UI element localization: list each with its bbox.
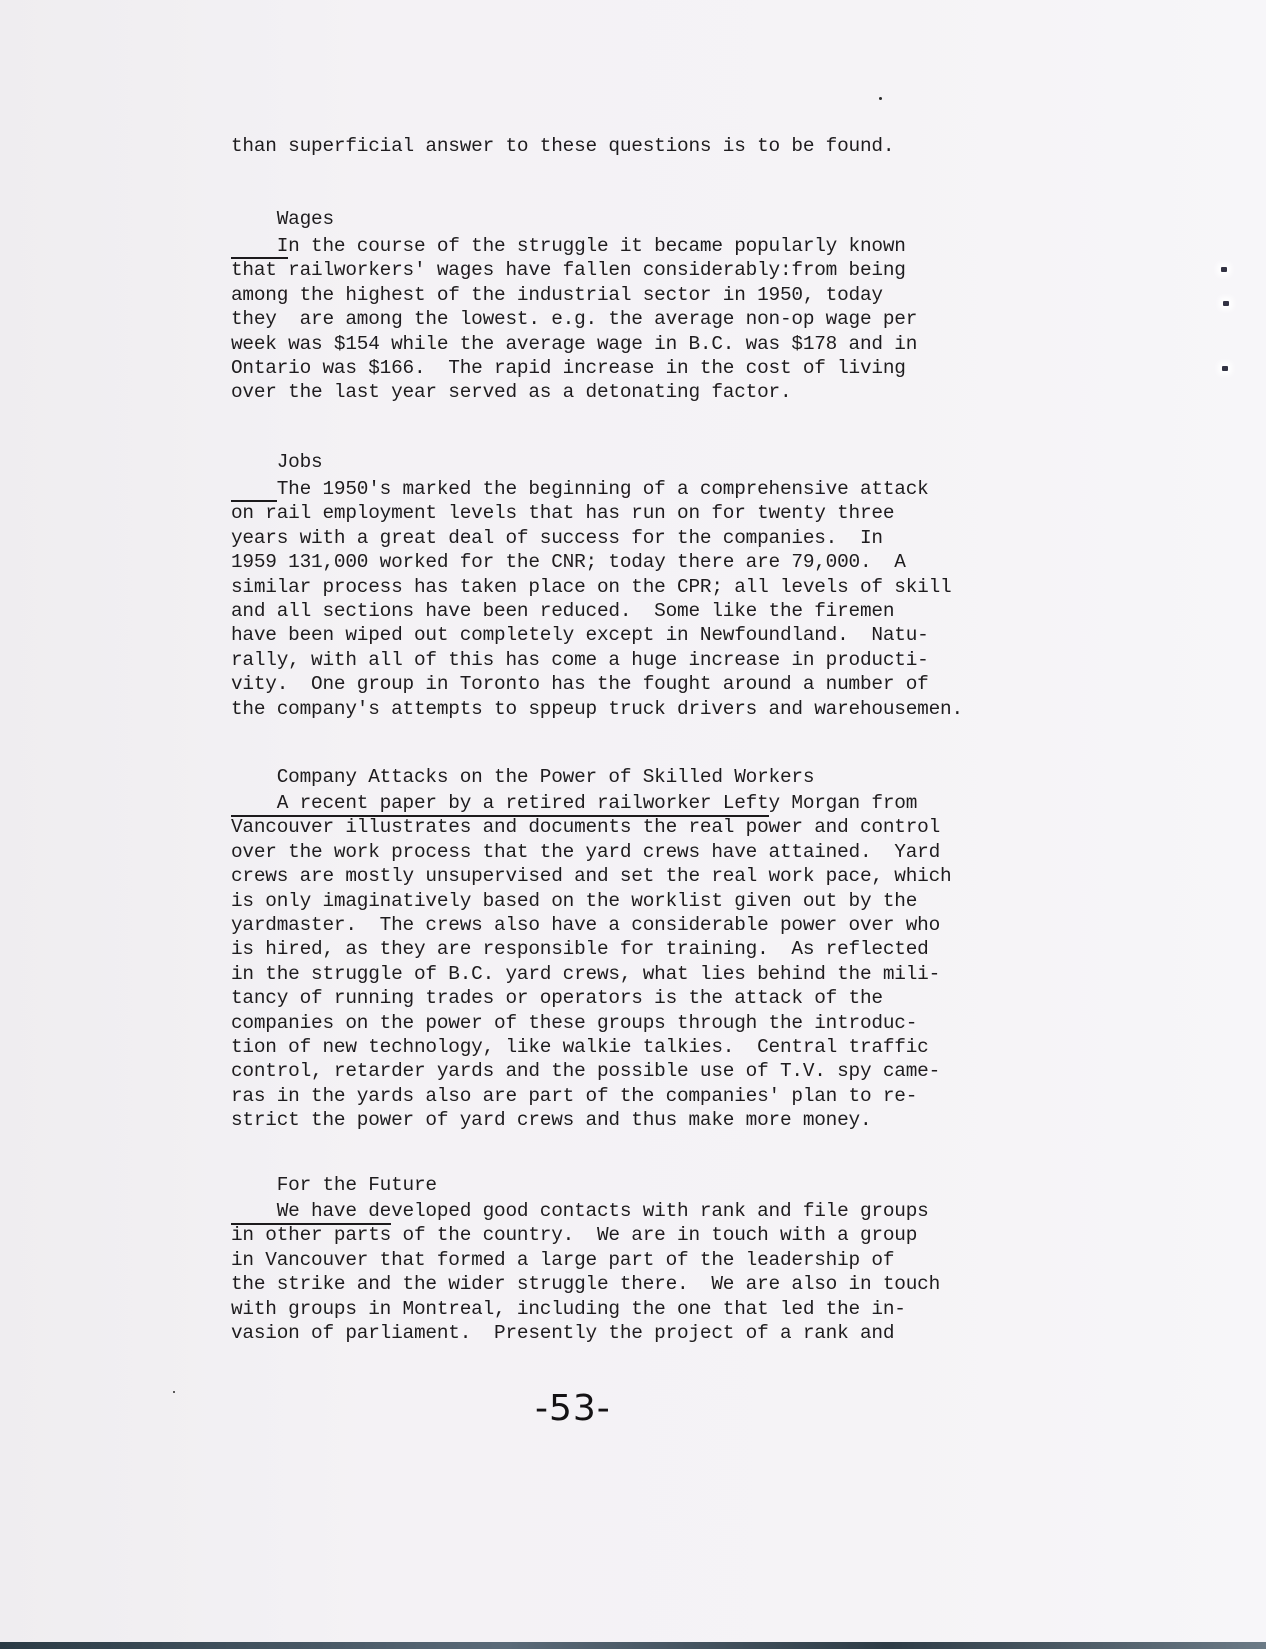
text-line: tion of new technology, like walkie talk… [231, 1035, 952, 1059]
heading-text: Company Attacks on the Power of Skilled … [277, 766, 815, 788]
intro-text: than superficial answer to these questio… [231, 134, 894, 158]
text-line: ras in the yards also are part of the co… [231, 1084, 952, 1108]
text-line: week was $154 while the average wage in … [231, 332, 917, 356]
text-line: the company's attempts to sppeup truck d… [231, 697, 963, 721]
document-page: than superficial answer to these questio… [0, 0, 1266, 1642]
text-line: over the work process that the yard crew… [231, 840, 952, 864]
paper-speck [173, 1391, 175, 1393]
text-line: The 1950's marked the beginning of a com… [231, 477, 963, 501]
text-line: crews are mostly unsupervised and set th… [231, 864, 952, 888]
text-line: with groups in Montreal, including the o… [231, 1297, 940, 1321]
section-paragraph-wages: In the course of the struggle it became … [231, 234, 917, 405]
heading-text: Jobs [277, 451, 323, 473]
text-line: yardmaster. The crews also have a consid… [231, 913, 952, 937]
text-line: than superficial answer to these questio… [231, 134, 894, 158]
text-line: is only imaginatively based on the workl… [231, 889, 952, 913]
text-line: vasion of parliament. Presently the proj… [231, 1321, 940, 1345]
text-line: among the highest of the industrial sect… [231, 283, 917, 307]
text-line: We have developed good contacts with ran… [231, 1199, 940, 1223]
section-paragraph-company-attacks: A recent paper by a retired railworker L… [231, 791, 952, 1132]
text-line: In the course of the struggle it became … [231, 234, 917, 258]
punch-mark [1223, 301, 1229, 306]
text-line: A recent paper by a retired railworker L… [231, 791, 952, 815]
text-line: companies on the power of these groups t… [231, 1011, 952, 1035]
text-line: rally, with all of this has come a huge … [231, 648, 963, 672]
text-line: that railworkers' wages have fallen cons… [231, 258, 917, 282]
paper-speck [879, 97, 882, 100]
text-line: strict the power of yard crews and thus … [231, 1108, 952, 1132]
heading-text: Wages [277, 208, 334, 230]
heading-text: For the Future [277, 1174, 437, 1196]
text-line: in the struggle of B.C. yard crews, what… [231, 962, 952, 986]
text-line: vity. One group in Toronto has the fough… [231, 672, 963, 696]
scanner-edge [0, 1642, 1266, 1649]
text-line: have been wiped out completely except in… [231, 623, 963, 647]
punch-mark [1222, 366, 1228, 371]
section-paragraph-jobs: The 1950's marked the beginning of a com… [231, 477, 963, 721]
page-number: -53- [535, 1388, 611, 1429]
text-line: control, retarder yards and the possible… [231, 1059, 952, 1083]
text-line: Ontario was $166. The rapid increase in … [231, 356, 917, 380]
text-line: the strike and the wider struggle there.… [231, 1272, 940, 1296]
text-line: tancy of running trades or operators is … [231, 986, 952, 1010]
text-line: they are among the lowest. e.g. the aver… [231, 307, 917, 331]
text-line: in Vancouver that formed a large part of… [231, 1248, 940, 1272]
punch-mark [1221, 267, 1227, 272]
text-line: in other parts of the country. We are in… [231, 1223, 940, 1247]
text-line: is hired, as they are responsible for tr… [231, 937, 952, 961]
text-line: Vancouver illustrates and documents the … [231, 815, 952, 839]
section-paragraph-for-the-future: We have developed good contacts with ran… [231, 1199, 940, 1345]
text-line: and all sections have been reduced. Some… [231, 599, 963, 623]
text-line: years with a great deal of success for t… [231, 526, 963, 550]
text-line: similar process has taken place on the C… [231, 575, 963, 599]
text-line: 1959 131,000 worked for the CNR; today t… [231, 550, 963, 574]
text-line: on rail employment levels that has run o… [231, 501, 963, 525]
text-line: over the last year served as a detonatin… [231, 380, 917, 404]
